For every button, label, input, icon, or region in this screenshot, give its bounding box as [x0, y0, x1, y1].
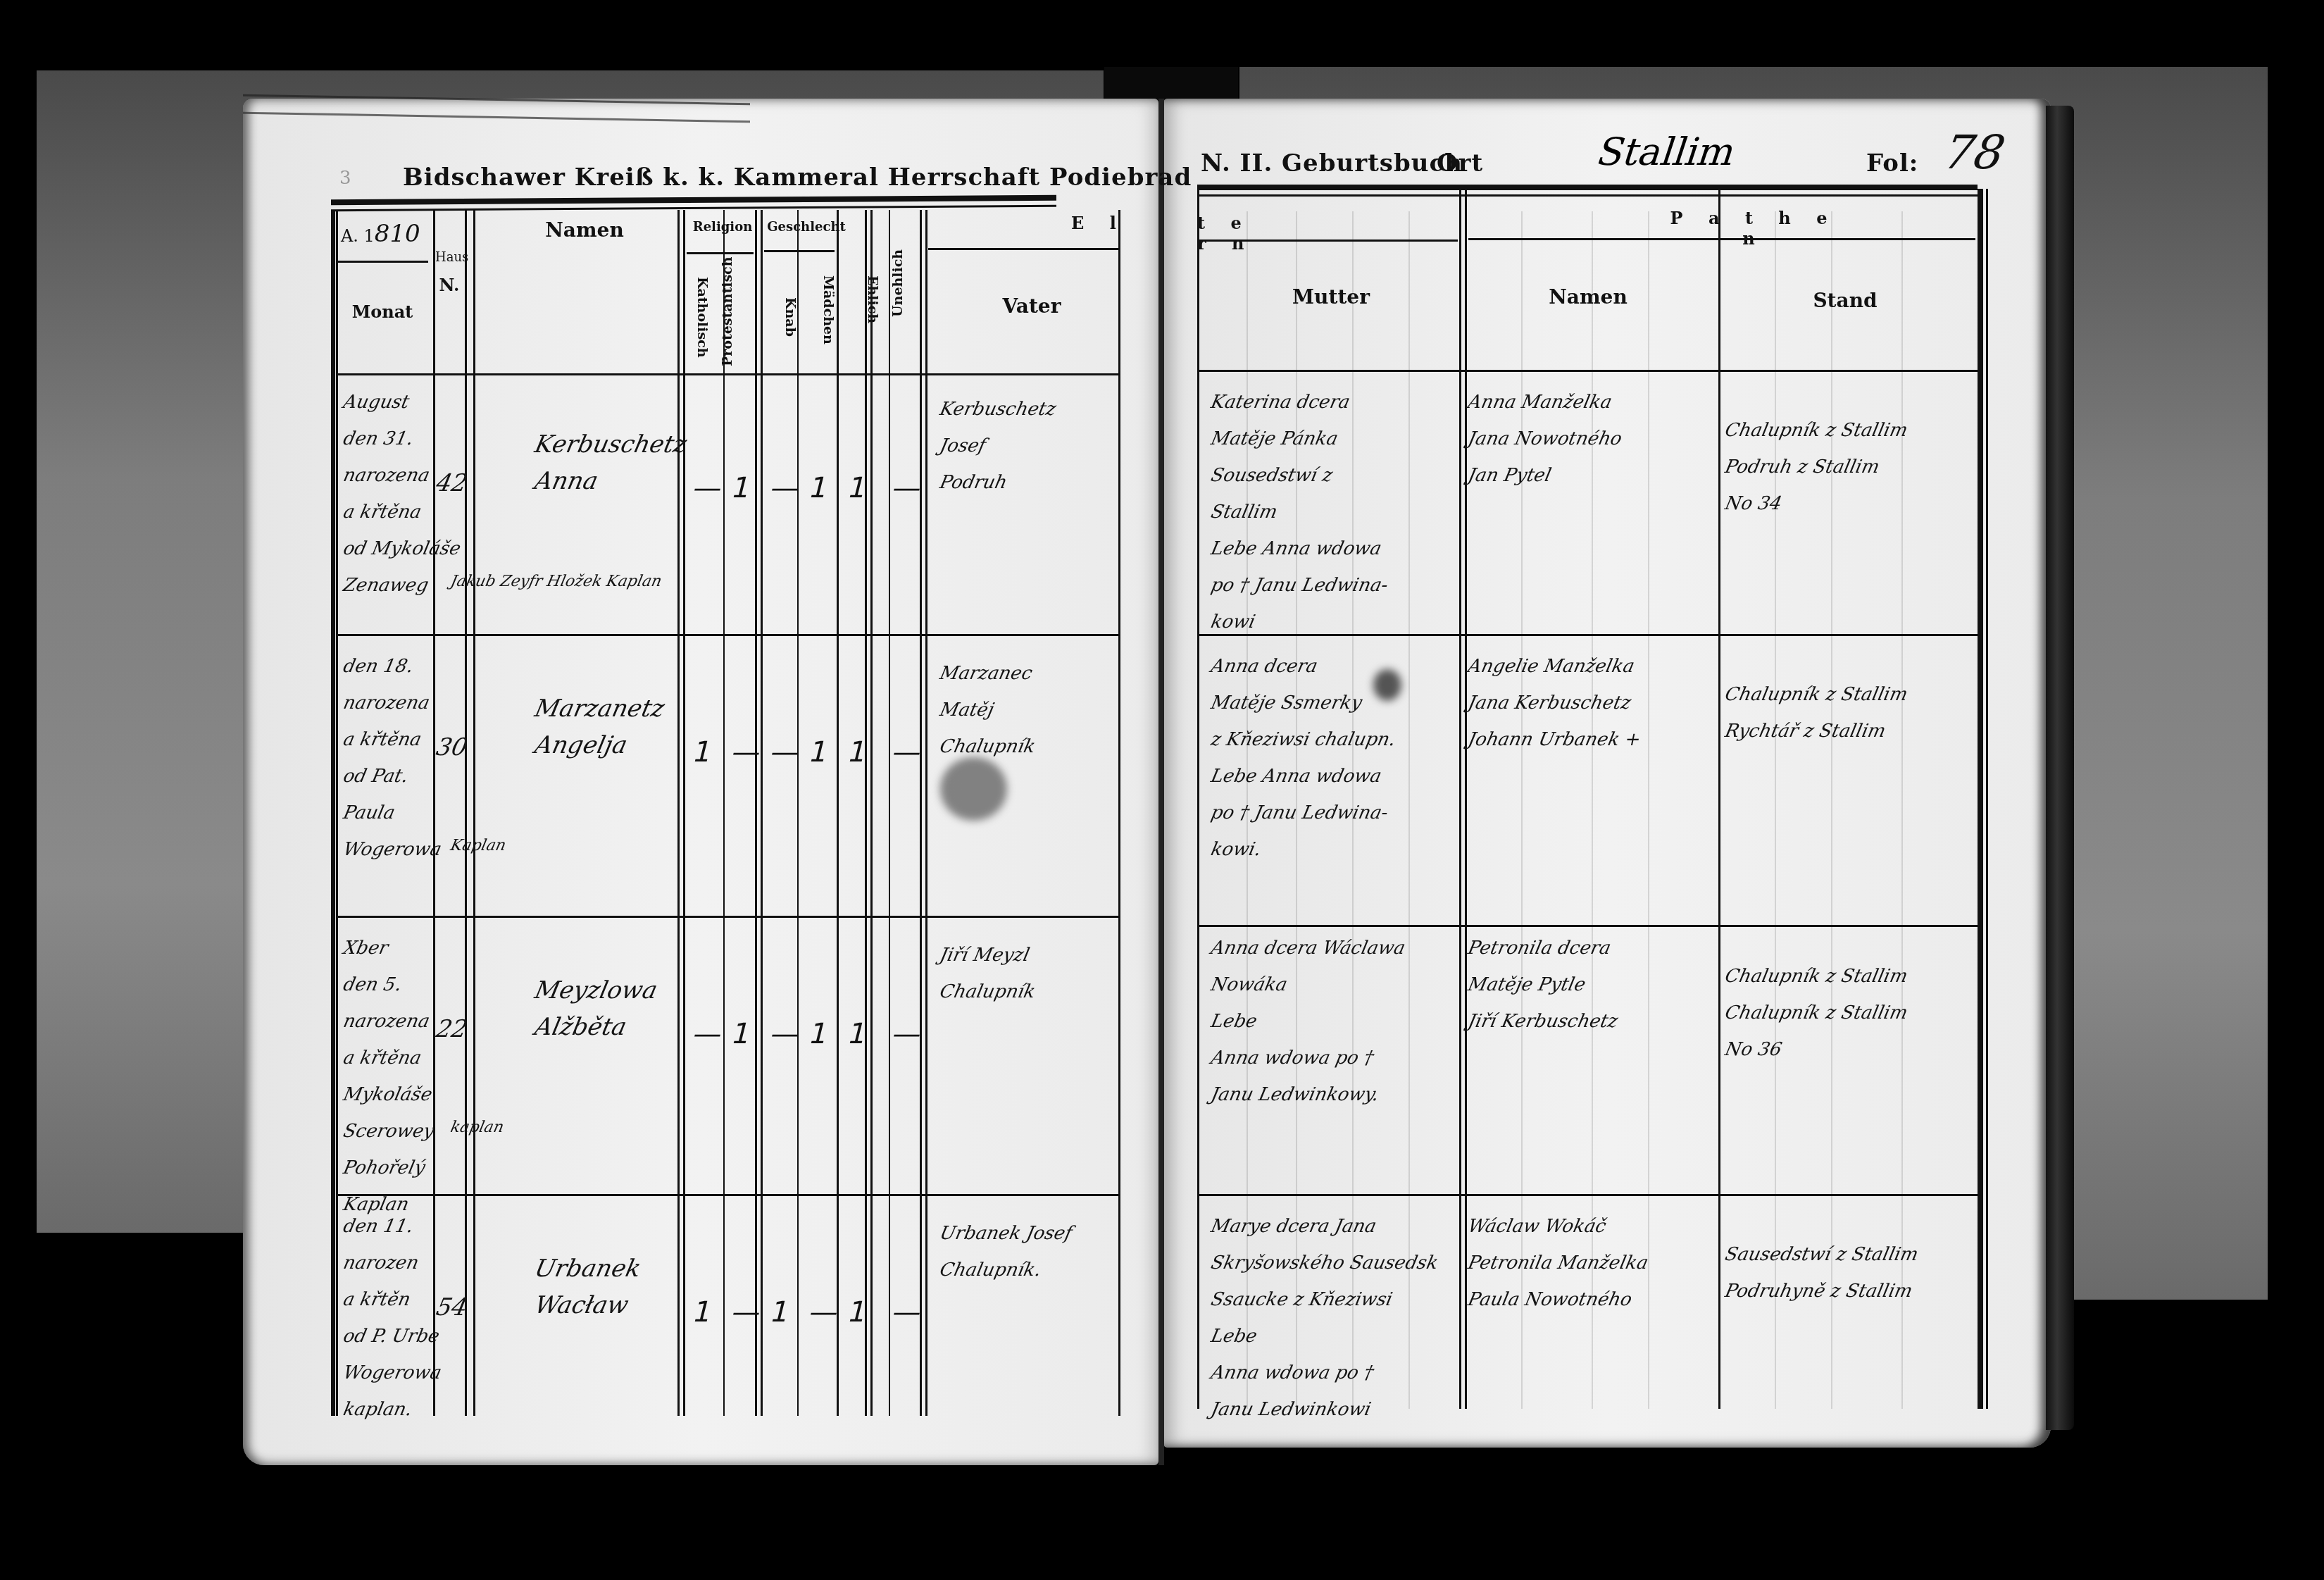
- column-line: [761, 210, 763, 1416]
- entry-monat: Paula: [339, 795, 398, 831]
- entry-monat: August: [339, 384, 413, 421]
- entry-priest-note: Kaplan: [446, 828, 509, 864]
- entry-monat: den 18.: [339, 648, 416, 685]
- entry-vater: Chalupník: [936, 728, 1039, 765]
- entry-vater: Josef: [936, 428, 989, 464]
- entry-stand: Chalupník z Stallim: [1721, 995, 1911, 1031]
- page-prefix-mark: 3: [339, 168, 351, 189]
- header-vater: Vater: [937, 294, 1127, 318]
- entry-mutter: Nowáka: [1207, 966, 1290, 1003]
- entry-vater: Podruh: [936, 464, 1011, 501]
- entry-vater: Chalupník.: [936, 1252, 1044, 1288]
- column-line: [755, 210, 757, 1416]
- column-line: [331, 210, 335, 1416]
- header-unehlich: Unehlich: [890, 254, 914, 317]
- entry-mutter: Matěje Ssmerky: [1207, 685, 1366, 721]
- header-monat: Monat: [337, 301, 428, 322]
- entry-monat: od P. Urbe: [339, 1318, 443, 1355]
- row-divider: [338, 1194, 1120, 1196]
- entry-priest-note: kaplan: [446, 1109, 507, 1146]
- year-label: A. 1: [341, 226, 375, 246]
- entry-stand: Chalupník z Stallim: [1721, 958, 1911, 995]
- ink-stain: [940, 757, 1007, 821]
- entry-mutter: Katerina dcera: [1207, 384, 1354, 421]
- entry-vater: Chalupník: [936, 973, 1039, 1010]
- entry-pathen_namen: Jana Nowotného: [1464, 421, 1625, 457]
- column-line: [683, 210, 685, 1416]
- column-line: [925, 210, 927, 1416]
- entry-monat: Scerowey: [339, 1113, 437, 1150]
- column-line: [433, 210, 435, 1416]
- entry-mutter: Ssaucke z Kňeziwsi: [1207, 1281, 1396, 1318]
- entry-name: Meyzlowa: [531, 972, 661, 1009]
- entry-priest-note: Jakub Zeyfr Hložek Kaplan: [446, 564, 665, 600]
- entry-monat: narozena: [339, 457, 433, 494]
- entry-mutter: Skryšowského Sausedsk: [1207, 1245, 1442, 1281]
- row-divider: [1197, 634, 1979, 636]
- entry-mutter: kowi: [1207, 604, 1258, 640]
- entry-stand: Rychtář z Stallim: [1721, 713, 1889, 749]
- entry-stand: No 34: [1721, 485, 1785, 522]
- column-line: [920, 210, 922, 1416]
- header-pathen-namen: Namen: [1465, 285, 1711, 309]
- entry-monat: Wogerowa: [339, 1355, 445, 1391]
- entry-pathen_namen: Anna Manželka: [1464, 384, 1616, 421]
- entry-mutter: Anna dcera: [1207, 648, 1321, 685]
- column-line: [465, 210, 467, 1416]
- entry-name: Wacław: [531, 1287, 632, 1324]
- entry-pathen_namen: Jan Pytel: [1464, 457, 1554, 494]
- entry-monat: a křtěna: [339, 494, 425, 530]
- header-eltern-part2: t e r n: [1197, 213, 1282, 254]
- column-line: [889, 210, 890, 1416]
- entry-pathen_namen: Petronila Manželka: [1464, 1245, 1651, 1281]
- entry-mutter: Janu Ledwinkowi: [1207, 1391, 1374, 1428]
- entry-monat: od Mykoláše: [339, 530, 464, 567]
- header-rule-right-thin: [1197, 194, 1978, 197]
- entry-mutter: z Kňeziwsi chalupn.: [1207, 721, 1399, 758]
- entry-mutter: Stallim: [1207, 494, 1280, 530]
- entry-pathen_namen: Johann Urbanek +: [1464, 721, 1644, 758]
- entry-mutter: Lebe: [1207, 1003, 1261, 1040]
- entry-mutter: po † Janu Ledwina-: [1207, 795, 1391, 831]
- entry-stand: No 36: [1721, 1031, 1785, 1068]
- entry-mutter: kowi.: [1207, 831, 1264, 868]
- column-line: [677, 210, 680, 1416]
- entry-name: Urbanek: [531, 1250, 644, 1287]
- entry-monat: Zenaweg: [339, 567, 432, 604]
- header-line: [687, 252, 754, 254]
- header-namen: Namen: [493, 218, 676, 242]
- faint-ruling: [1901, 211, 1903, 1409]
- entry-stand: Sausedstwí z Stallim: [1721, 1236, 1921, 1273]
- row-divider: [338, 634, 1120, 636]
- entry-mutter: Lebe Anna wdowa: [1207, 758, 1385, 795]
- header-ehlich: Ehlich: [856, 271, 880, 328]
- entry-pathen_namen: Wáclaw Wokáč: [1464, 1208, 1609, 1245]
- entry-monat: a křtěna: [339, 721, 425, 758]
- entry-mutter: po † Janu Ledwina-: [1207, 567, 1391, 604]
- header-line: [337, 261, 428, 263]
- entry-pathen_namen: Jana Kerbuschetz: [1464, 685, 1635, 721]
- year-label-wrap: A. 1810: [341, 220, 432, 248]
- entry-monat: a křtěna: [339, 1040, 425, 1076]
- header-rule-right: [1197, 185, 1978, 190]
- entry-stand: Podruh z Stallim: [1721, 449, 1882, 485]
- column-line: [1986, 189, 1988, 1409]
- entry-monat: narozena: [339, 685, 433, 721]
- entry-monat: den 5.: [339, 966, 405, 1003]
- ort-label: Ort: [1437, 149, 1483, 178]
- entry-name: Angelja: [531, 727, 630, 764]
- header-katholisch: Katholisch: [682, 275, 710, 359]
- faint-ruling: [1408, 211, 1410, 1409]
- entry-vater: Urbanek Josef: [936, 1215, 1075, 1252]
- entry-monat: narozen: [339, 1245, 422, 1281]
- folio-label: Fol:: [1866, 149, 1918, 178]
- entry-name: Marzanetz: [531, 690, 668, 727]
- column-line: [870, 210, 873, 1416]
- right-page-title: N. II. Geburtsbuch: [1201, 149, 1463, 178]
- entry-mutter: Janu Ledwinkowy.: [1207, 1076, 1382, 1113]
- entry-mutter: Lebe: [1207, 1318, 1261, 1355]
- entry-stand: Chalupník z Stallim: [1721, 412, 1911, 449]
- header-madchen: Mädchen: [808, 271, 836, 349]
- header-stand: Stand: [1718, 289, 1972, 312]
- row-divider: [1197, 925, 1979, 927]
- year-value: 810: [375, 220, 420, 248]
- row-divider: [338, 916, 1120, 918]
- entry-vater: Matěj: [936, 692, 997, 728]
- column-line: [837, 210, 839, 1416]
- entry-monat: Xber: [339, 930, 392, 966]
- entry-monat: narozena: [339, 1003, 433, 1040]
- entry-mutter: Sousedstwí z: [1207, 457, 1336, 494]
- entry-vater: Marzanec: [936, 655, 1036, 692]
- entry-stand: Podruhyně z Stallim: [1721, 1273, 1916, 1310]
- entry-mutter: Marye dcera Jana: [1207, 1208, 1380, 1245]
- column-line: [336, 210, 338, 1416]
- entry-vater: Kerbuschetz: [936, 391, 1059, 428]
- header-knab: Knab: [770, 289, 798, 345]
- folio-number: 78: [1940, 125, 2009, 180]
- header-geschlecht: Geschlecht: [764, 220, 849, 235]
- header-haus: Haus: [435, 250, 463, 265]
- faint-ruling: [1831, 211, 1832, 1409]
- header-line: [1197, 240, 1458, 242]
- header-line: [764, 250, 835, 252]
- entry-mutter: Anna wdowa po †: [1207, 1355, 1377, 1391]
- entry-name: Alžběta: [531, 1009, 630, 1045]
- entry-monat: Pohořelý: [339, 1150, 428, 1186]
- entry-stand: Chalupník z Stallim: [1721, 676, 1911, 713]
- column-line: [797, 210, 799, 1416]
- entry-name: Kerbuschetz: [531, 426, 690, 463]
- entry-monat: den 11.: [339, 1208, 416, 1245]
- row-divider: [1197, 370, 1979, 372]
- entry-mutter: Anna wdowa po †: [1207, 1040, 1377, 1076]
- header-haus-n: N.: [435, 275, 463, 295]
- column-line: [473, 210, 475, 1416]
- faint-ruling: [1648, 211, 1649, 1409]
- column-line: [865, 210, 867, 1416]
- entry-monat: od Pat.: [339, 758, 411, 795]
- entry-pathen_namen: Paula Nowotného: [1464, 1281, 1635, 1318]
- row-divider: [1197, 1194, 1979, 1196]
- entry-monat: a křtěn: [339, 1281, 414, 1318]
- header-line: [928, 248, 1118, 250]
- header-eltern-part1: E l: [1056, 213, 1141, 233]
- header-religion: Religion: [685, 220, 761, 235]
- entry-name: Anna: [531, 463, 601, 499]
- book-right-edge: [2046, 106, 2074, 1430]
- entry-monat: Mykoláše: [339, 1076, 435, 1113]
- entry-pathen_namen: Jiří Kerbuschetz: [1464, 1003, 1621, 1040]
- entry-monat: kaplan.: [339, 1391, 416, 1428]
- header-pathen: P a t h e n: [1662, 208, 1845, 249]
- column-line: [723, 210, 725, 1416]
- faint-ruling: [1775, 211, 1776, 1409]
- entry-mutter: Lebe Anna wdowa: [1207, 530, 1385, 567]
- header-line: [1468, 238, 1975, 240]
- entry-mutter: Matěje Pánka: [1207, 421, 1342, 457]
- entry-monat: den 31.: [339, 421, 416, 457]
- entry-pathen_namen: Matěje Pytle: [1464, 966, 1589, 1003]
- column-line: [1118, 210, 1120, 1416]
- book-spine: [1158, 99, 1164, 1465]
- left-page-title: Bidschawer Kreiß k. k. Kammeral Herrscha…: [403, 163, 1192, 192]
- ort-value: Stallim: [1592, 130, 1742, 174]
- row-divider: [338, 373, 1120, 375]
- ink-stain: [1373, 669, 1401, 701]
- entry-monat: Wogerowa: [339, 831, 445, 868]
- entry-vater: Jiří Meyzl: [936, 937, 1033, 973]
- entry-mutter: Anna dcera Wáclawa: [1207, 930, 1408, 966]
- entry-pathen_namen: Petronila dcera: [1464, 930, 1614, 966]
- entry-pathen_namen: Angelie Manželka: [1464, 648, 1637, 685]
